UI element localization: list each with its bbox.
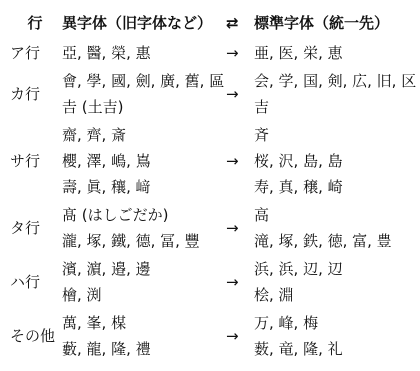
variant-forms-cell: 萬, 峯, 楳藪, 龍, 隆, 禮 <box>62 310 226 362</box>
standard-forms-cell: 高滝, 塚, 鉄, 徳, 富, 豊 <box>254 202 414 254</box>
arrow-right-icon: → <box>226 40 254 66</box>
arrow-right-icon: → <box>226 215 254 241</box>
table-row: タ行髙 (はしごだか)瀧, 塚, 鐵, 德, 冨, 豐→高滝, 塚, 鉄, 徳,… <box>8 202 414 254</box>
standard-forms-cell: 浜, 浜, 辺, 辺桧, 淵 <box>254 256 414 308</box>
standard-line: 亜, 医, 栄, 恵 <box>254 40 414 66</box>
variant-line: 髙 (はしごだか) <box>62 202 226 228</box>
table-row: ア行亞, 醫, 榮, 惠→亜, 医, 栄, 恵 <box>8 40 414 66</box>
swap-arrows-icon: ⇄ <box>226 10 254 36</box>
variant-line: 櫻, 澤, 嶋, 嶌 <box>62 148 226 174</box>
standard-forms-cell: 会, 学, 国, 剣, 広, 旧, 区吉 <box>254 68 416 120</box>
row-label: タ行 <box>8 215 62 241</box>
standard-line: 薮, 竜, 隆, 礼 <box>254 336 414 362</box>
table-row: その他萬, 峯, 楳藪, 龍, 隆, 禮→万, 峰, 梅薮, 竜, 隆, 礼 <box>8 310 414 362</box>
standard-line: 斉 <box>254 122 414 148</box>
variant-forms-cell: 亞, 醫, 榮, 惠 <box>62 40 226 66</box>
table-row: サ行齋, 齊, 斎櫻, 澤, 嶋, 嶌壽, 眞, 穰, 﨑→斉桜, 沢, 島, … <box>8 122 414 200</box>
standard-line: 会, 学, 国, 剣, 広, 旧, 区 <box>254 68 416 94</box>
standard-line: 万, 峰, 梅 <box>254 310 414 336</box>
variant-line: 檜, 渕 <box>62 282 226 308</box>
arrow-right-icon: → <box>226 81 254 107</box>
variant-line: 濱, 濵, 邉, 邊 <box>62 256 226 282</box>
table-rows: ア行亞, 醫, 榮, 惠→亜, 医, 栄, 恵カ行會, 學, 國, 劍, 廣, … <box>8 40 414 362</box>
variant-line: 萬, 峯, 楳 <box>62 310 226 336</box>
arrow-right-icon: → <box>226 148 254 174</box>
variant-line: 齋, 齊, 斎 <box>62 122 226 148</box>
standard-forms-cell: 斉桜, 沢, 島, 島寿, 真, 穣, 崎 <box>254 122 414 200</box>
variant-forms-cell: 會, 學, 國, 劍, 廣, 舊, 區𠮷 (土吉) <box>62 68 226 120</box>
variant-forms-cell: 齋, 齊, 斎櫻, 澤, 嶋, 嶌壽, 眞, 穰, 﨑 <box>62 122 226 200</box>
variant-forms-cell: 髙 (はしごだか)瀧, 塚, 鐵, 德, 冨, 豐 <box>62 202 226 254</box>
row-label: ハ行 <box>8 269 62 295</box>
standard-line: 吉 <box>254 94 416 120</box>
standard-line: 滝, 塚, 鉄, 徳, 富, 豊 <box>254 228 414 254</box>
table-row: カ行會, 學, 國, 劍, 廣, 舊, 區𠮷 (土吉)→会, 学, 国, 剣, … <box>8 68 414 120</box>
variant-forms-cell: 濱, 濵, 邉, 邊檜, 渕 <box>62 256 226 308</box>
variant-line: 瀧, 塚, 鐵, 德, 冨, 豐 <box>62 228 226 254</box>
variant-line: 𠮷 (土吉) <box>62 94 226 120</box>
standard-line: 高 <box>254 202 414 228</box>
header-variant-forms: 異字体（旧字体など） <box>62 10 226 36</box>
arrow-right-icon: → <box>226 269 254 295</box>
standard-forms-cell: 万, 峰, 梅薮, 竜, 隆, 礼 <box>254 310 414 362</box>
standard-line: 桜, 沢, 島, 島 <box>254 148 414 174</box>
arrow-right-icon: → <box>226 323 254 349</box>
row-label: カ行 <box>8 81 62 107</box>
variant-line: 壽, 眞, 穰, 﨑 <box>62 174 226 200</box>
header-standard-forms: 標準字体（統一先） <box>254 10 414 36</box>
standard-line: 寿, 真, 穣, 崎 <box>254 174 414 200</box>
variant-line: 會, 學, 國, 劍, 廣, 舊, 區 <box>62 68 226 94</box>
standard-forms-cell: 亜, 医, 栄, 恵 <box>254 40 414 66</box>
kanji-variant-table: 行 異字体（旧字体など） ⇄ 標準字体（統一先） ア行亞, 醫, 榮, 惠→亜,… <box>8 10 414 362</box>
row-label: その他 <box>8 323 62 349</box>
table-row: ハ行濱, 濵, 邉, 邊檜, 渕→浜, 浜, 辺, 辺桧, 淵 <box>8 256 414 308</box>
standard-line: 桧, 淵 <box>254 282 414 308</box>
row-label: ア行 <box>8 40 62 66</box>
standard-line: 浜, 浜, 辺, 辺 <box>254 256 414 282</box>
row-label: サ行 <box>8 148 62 174</box>
variant-line: 藪, 龍, 隆, 禮 <box>62 336 226 362</box>
header-row-column: 行 <box>8 10 62 36</box>
variant-line: 亞, 醫, 榮, 惠 <box>62 40 226 66</box>
table-header: 行 異字体（旧字体など） ⇄ 標準字体（統一先） <box>8 10 414 36</box>
